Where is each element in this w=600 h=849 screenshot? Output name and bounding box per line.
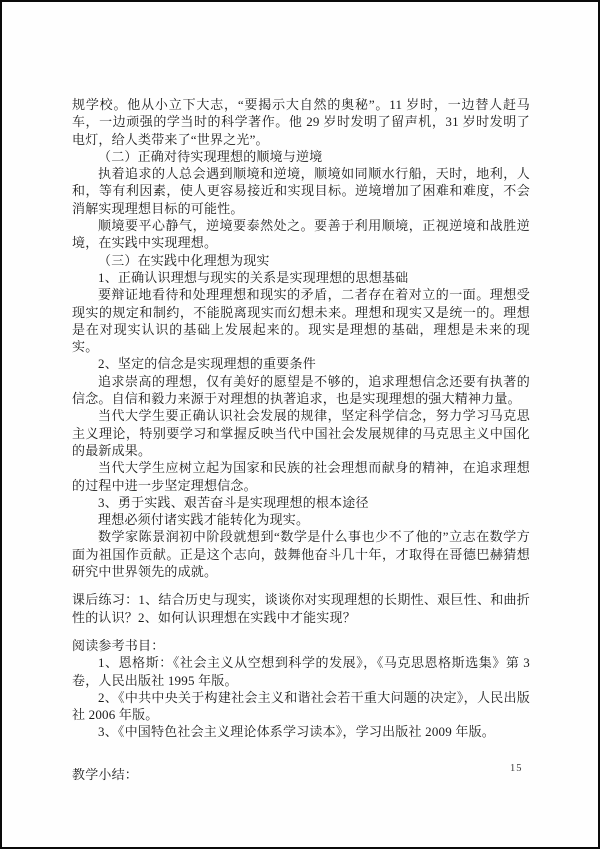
paragraph-chen-jingrun: 数学家陈景润初中阶段就想到“数学是什么事也少不了他的”立志在数学方面为祖国作贡献… bbox=[72, 528, 530, 580]
text-block: 规学校。他从小立下大志，“要揭示大自然的奥秘”。11 岁时，一边替人赶马车，一边… bbox=[72, 96, 530, 783]
paragraph-college-students-study: 当代大学生要正确认识社会发展的规律，坚定科学信念，努力学习马克思主义理论，特别要… bbox=[72, 407, 530, 459]
subheading-3: 3、勇于实践、艰苦奋斗是实现理想的根本途径 bbox=[72, 494, 530, 511]
reading-list-title: 阅读参考书目： bbox=[72, 637, 530, 654]
reading-item-1: 1、恩格斯：《社会主义从空想到科学的发展》，《马克思恩格斯选集》第 3 卷，人民… bbox=[72, 654, 530, 689]
subheading-2: 2、坚定的信念是实现理想的重要条件 bbox=[72, 355, 530, 372]
paragraph-calm-attitude: 顺境要平心静气，逆境要泰然处之。要善于利用顺境，正视逆境和战胜逆境，在实践中实现… bbox=[72, 217, 530, 252]
reading-item-2: 2、《中共中央关于构建社会主义和谐社会若干重大问题的决定》，人民出版社 2006… bbox=[72, 689, 530, 724]
subheading-1: 1、正确认识理想与现实的关系是实现理想的思想基础 bbox=[72, 269, 530, 286]
paragraph-practice: 理想必须付诸实践才能转化为现实。 bbox=[72, 511, 530, 528]
paragraph-edison-continuation: 规学校。他从小立下大志，“要揭示大自然的奥秘”。11 岁时，一边替人赶马车，一边… bbox=[72, 96, 530, 148]
teaching-summary-title: 教学小结： bbox=[72, 766, 530, 783]
paragraph-college-students-dedication: 当代大学生应树立起为国家和民族的社会理想而献身的精神，在追求理想的过程中进一步坚… bbox=[72, 459, 530, 494]
section-heading-3: （三）在实践中化理想为现实 bbox=[72, 252, 530, 269]
document-page: 规学校。他从小立下大志，“要揭示大自然的奥秘”。11 岁时，一边替人赶马车，一边… bbox=[0, 0, 600, 849]
paragraph-ideal-reality: 要辩证地看待和处理理想和现实的矛盾，二者存在着对立的一面。理想受现实的规定和制约… bbox=[72, 286, 530, 355]
homework-exercises: 课后练习：1、结合历史与现实，谈谈你对实现理想的长期性、艰巨性、和曲折性的认识？… bbox=[72, 591, 530, 626]
reading-item-3: 3、《中国特色社会主义理论体系学习读本》，学习出版社 2009 年版。 bbox=[72, 723, 530, 740]
paragraph-favorable-adverse: 执着追求的人总会遇到顺境和逆境，顺境如同顺水行船，天时，地利，人和，等有利因素，… bbox=[72, 165, 530, 217]
page-number: 15 bbox=[510, 763, 523, 774]
section-heading-2: （二）正确对待实现理想的顺境与逆境 bbox=[72, 148, 530, 165]
paragraph-firm-belief: 追求崇高的理想，仅有美好的愿望是不够的，追求理想信念还要有执著的信念。自信和毅力… bbox=[72, 373, 530, 408]
